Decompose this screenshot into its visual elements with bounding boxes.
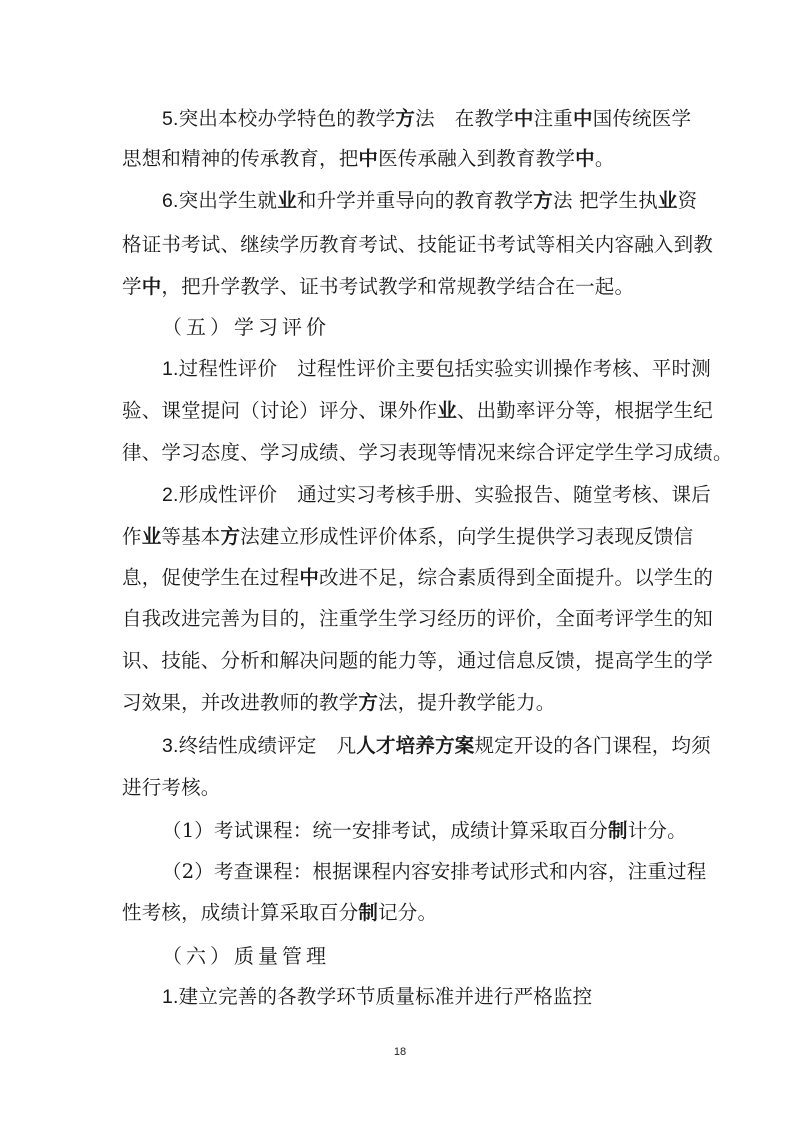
text-segment: 。 — [595, 147, 615, 170]
text-line: 进行考核。 — [122, 776, 682, 800]
text-segment: （五）学习评价 — [162, 315, 330, 339]
text-segment: 资 — [678, 189, 698, 212]
text-segment: 法 把学生执 — [553, 189, 658, 212]
text-segment: 习效果，并改进教师的教学 — [122, 691, 358, 714]
text-line: 1.过程性评价过程性评价主要包括实验实训操作考核、平时测 — [162, 357, 722, 381]
bold-text-segment: 业 — [437, 399, 457, 422]
text-line: 作业等基本方法建立形成性评价体系，向学生提供学习表现反馈信 — [122, 525, 682, 549]
page-number: 18 — [0, 1046, 800, 1058]
text-line: 律、学习态度、学习成绩、学习表现等情况来综合评定学生学习成绩。 — [122, 441, 682, 465]
section-heading: （五）学习评价 — [162, 315, 722, 339]
text-segment: 1. — [162, 358, 179, 380]
text-segment: 思想和精神的传承教育，把 — [122, 147, 358, 170]
text-segment: 过程性评价 — [179, 357, 278, 380]
text-segment: 等基本 — [161, 525, 220, 548]
text-line: 1.建立完善的各教学环节质量标准并进行严格监控 — [162, 985, 722, 1009]
text-segment: 识、技能、分析和解决问题的能力等，通过信息反馈，提高学生的学 — [122, 649, 713, 672]
text-segment: （2）考查课程：根据课程内容安排考试形式和内容，注重过程 — [162, 860, 707, 883]
text-segment: 凡 — [337, 734, 357, 757]
text-segment: 突出学生就 — [179, 189, 278, 212]
text-line: 格证书考试、继续学历教育考试、技能证书考试等相关内容融入到教 — [122, 233, 682, 257]
text-line: 息，促使学生在过程中改进不足，综合素质得到全面提升。以学生的 — [122, 566, 682, 590]
text-segment: 性考核，成绩计算采取百分 — [122, 901, 358, 924]
text-segment: 律、学习态度、学习成绩、学习表现等情况来综合评定学生学习成绩。 — [122, 441, 733, 464]
text-segment: 法，提升教学能力。 — [378, 691, 555, 714]
text-line: 识、技能、分析和解决问题的能力等，通过信息反馈，提高学生的学 — [122, 649, 682, 673]
text-line: 3.终结性成绩评定凡人才培养方案规定开设的各门课程，均须 — [162, 734, 722, 758]
text-line: 自我改进完善为目的，注重学生学习经历的评价，全面考评学生的知 — [122, 607, 682, 631]
text-segment: 和升学并重导向的教育教学 — [297, 189, 533, 212]
bold-text-segment: 方 — [221, 525, 241, 548]
bold-text-segment: 方 — [533, 189, 553, 212]
text-line: 思想和精神的传承教育，把中医传承融入到教育教学中。 — [122, 147, 682, 171]
text-segment: 息，促使学生在过程 — [122, 566, 299, 589]
text-line: 5.突出本校办学特色的教学方法在教学中注重中国传统医学 — [162, 107, 722, 131]
text-segment: 建立完善的各教学环节质量标准并进行严格监控 — [179, 985, 593, 1008]
text-segment: 学 — [122, 275, 142, 298]
text-line: 验、课堂提问（讨论）评分、课外作业、出勤率评分等，根据学生纪 — [122, 399, 682, 423]
text-segment: ，把升学教学、证书考试教学和常规教学结合在一起。 — [161, 275, 634, 298]
text-segment: 规定开设的各门课程，均须 — [474, 734, 710, 757]
bold-text-segment: 中 — [514, 107, 534, 130]
text-segment: 5. — [162, 108, 179, 130]
bold-text-segment: 人才培养方案 — [356, 734, 474, 757]
bold-text-segment: 中 — [358, 147, 378, 170]
text-segment: 1. — [162, 986, 179, 1008]
text-segment: 形成性评价 — [179, 483, 278, 506]
text-segment: 计分。 — [628, 819, 687, 842]
text-line: （2）考查课程：根据课程内容安排考试形式和内容，注重过程 — [162, 860, 722, 884]
text-segment: 在教学 — [455, 107, 514, 130]
text-segment: 突出本校办学特色的教学 — [179, 107, 396, 130]
bold-text-segment: 业 — [658, 189, 678, 212]
text-segment: 验、课堂提问（讨论）评分、课外作 — [122, 399, 437, 422]
text-line: 2.形成性评价通过实习考核手册、实验报告、随堂考核、课后 — [162, 483, 722, 507]
text-segment: 改进不足，综合素质得到全面提升。以学生的 — [319, 566, 713, 589]
text-segment: 国传统医学 — [593, 107, 692, 130]
bold-text-segment: 中 — [142, 275, 162, 298]
section-heading: （六）质量管理 — [162, 944, 722, 968]
text-segment: （六）质量管理 — [162, 944, 330, 968]
text-segment: 自我改进完善为目的，注重学生学习经历的评价，全面考评学生的知 — [122, 607, 713, 630]
text-line: 习效果，并改进教师的教学方法，提升教学能力。 — [122, 691, 682, 715]
bold-text-segment: 业 — [142, 525, 162, 548]
text-segment: 3. — [162, 735, 179, 757]
bold-text-segment: 方 — [395, 107, 415, 130]
bold-text-segment: 中 — [299, 566, 319, 589]
text-segment: （1）考试课程：统一安排考试，成绩计算采取百分 — [162, 819, 608, 842]
text-segment: 格证书考试、继续学历教育考试、技能证书考试等相关内容融入到教 — [122, 233, 713, 256]
text-segment: 记分。 — [378, 901, 437, 924]
bold-text-segment: 中 — [575, 147, 595, 170]
bold-text-segment: 制 — [608, 819, 628, 842]
bold-text-segment: 中 — [573, 107, 593, 130]
text-segment: 医传承融入到教育教学 — [378, 147, 575, 170]
text-line: （1）考试课程：统一安排考试，成绩计算采取百分制计分。 — [162, 819, 722, 843]
bold-text-segment: 业 — [277, 189, 297, 212]
text-segment: 进行考核。 — [122, 776, 221, 799]
text-segment: 、出勤率评分等，根据学生纪 — [457, 399, 713, 422]
bold-text-segment: 方 — [358, 691, 378, 714]
text-segment: 过程性评价主要包括实验实训操作考核、平时测 — [297, 357, 711, 380]
text-segment: 法 — [415, 107, 435, 130]
text-line: 性考核，成绩计算采取百分制记分。 — [122, 901, 682, 925]
bold-text-segment: 制 — [358, 901, 378, 924]
text-segment: 6. — [162, 190, 179, 212]
text-line: 6.突出学生就业和升学并重导向的教育教学方法 把学生执业资 — [162, 189, 722, 213]
text-segment: 终结性成绩评定 — [179, 734, 317, 757]
document-page: 5.突出本校办学特色的教学方法在教学中注重中国传统医学思想和精神的传承教育，把中… — [0, 0, 800, 1131]
text-segment: 2. — [162, 484, 179, 506]
text-line: 学中，把升学教学、证书考试教学和常规教学结合在一起。 — [122, 275, 682, 299]
text-segment: 法建立形成性评价体系，向学生提供学习表现反馈信 — [240, 525, 693, 548]
text-segment: 通过实习考核手册、实验报告、随堂考核、课后 — [297, 483, 711, 506]
text-segment: 注重 — [534, 107, 573, 130]
text-segment: 作 — [122, 525, 142, 548]
